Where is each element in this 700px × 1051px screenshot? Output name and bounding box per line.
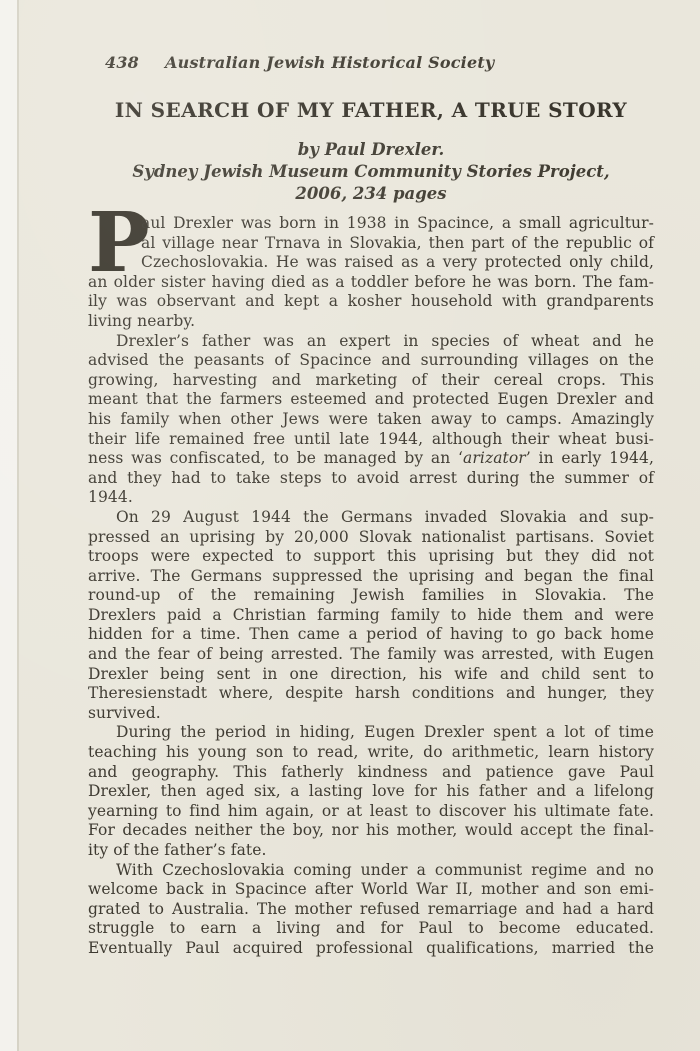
text-line: With Czechoslovakia coming under a commu… [88,861,654,881]
text-line: ily was observant and kept a kosher hous… [88,292,654,312]
publisher-line: Sydney Jewish Museum Community Stories P… [88,161,654,183]
text-line: round-up of the remaining Jewish familie… [88,586,654,606]
byline: by Paul Drexler. [88,139,654,161]
dropcap-letter: P [88,214,134,272]
text-line: hidden for a time. Then came a period of… [88,625,654,645]
text-line: grated to Australia. The mother refused … [88,900,654,920]
text-line: and the fear of being arrested. The fami… [88,645,654,665]
text-line: an older sister having died as a toddler… [88,273,654,293]
text-line: their life remained free until late 1944… [88,430,654,450]
text-line: advised the peasants of Spacince and sur… [88,351,654,371]
text-line: ness was confiscated, to be managed by a… [88,449,654,469]
text-line: Drexler being sent in one direction, his… [88,665,654,685]
text-line: welcome back in Spacince after World War… [88,880,654,900]
text-line: survived. [88,704,654,724]
running-header: 438 Australian Jewish Historical Society [105,53,494,72]
byline-block: by Paul Drexler. Sydney Jewish Museum Co… [88,139,654,205]
text-line: growing, harvesting and marketing of the… [88,371,654,391]
paragraph: During the period in hiding, Eugen Drexl… [88,723,654,860]
page-number: 438 [105,53,139,72]
text-line: troops were expected to support this upr… [88,547,654,567]
article-body: Paul Drexler was born in 1938 in Spacinc… [88,214,654,959]
text-line: On 29 August 1944 the Germans invaded Sl… [88,508,654,528]
text-line: pressed an uprising by 20,000 Slovak nat… [88,528,654,548]
italic-term: arizator [463,449,526,467]
text-line: and they had to take steps to avoid arre… [88,469,654,489]
text-line: aul Drexler was born in 1938 in Spacince… [88,214,654,234]
text-line: and geography. This fatherly kindness an… [88,763,654,783]
text-line: For decades neither the boy, nor his mot… [88,821,654,841]
text-line: struggle to earn a living and for Paul t… [88,919,654,939]
article-title: IN SEARCH OF MY FATHER, A TRUE STORY [88,98,654,122]
scan-edge-line [17,0,19,1051]
text-line: meant that the farmers esteemed and prot… [88,390,654,410]
text-line: living nearby. [88,312,654,332]
paragraph: Paul Drexler was born in 1938 in Spacinc… [88,214,654,332]
text-line: his family when other Jews were taken aw… [88,410,654,430]
paragraph: With Czechoslovakia coming under a commu… [88,861,654,959]
journal-title: Australian Jewish Historical Society [165,53,494,72]
text-line: teaching his young son to read, write, d… [88,743,654,763]
paragraph: Drexler’s father was an expert in specie… [88,332,654,508]
scan-edge-strip [0,0,17,1051]
text-line: Drexler, then aged six, a lasting love f… [88,782,654,802]
text-line: ity of the father’s fate. [88,841,654,861]
paragraph: On 29 August 1944 the Germans invaded Sl… [88,508,654,724]
text-line: Czechoslovakia. He was raised as a very … [88,253,654,273]
page-content: 438 Australian Jewish Historical Society… [88,0,654,1051]
text-line: arrive. The Germans suppressed the upris… [88,567,654,587]
text-line: During the period in hiding, Eugen Drexl… [88,723,654,743]
text-line: yearning to find him again, or at least … [88,802,654,822]
text-line: 1944. [88,488,654,508]
text-line: Theresienstadt where, despite harsh cond… [88,684,654,704]
publication-info: 2006, 234 pages [88,183,654,205]
text-line: Drexler’s father was an expert in specie… [88,332,654,352]
text-line: Eventually Paul acquired professional qu… [88,939,654,959]
page-background: 438 Australian Jewish Historical Society… [0,0,700,1051]
text-line: Drexlers paid a Christian farming family… [88,606,654,626]
text-line: al village near Trnava in Slovakia, then… [88,234,654,254]
